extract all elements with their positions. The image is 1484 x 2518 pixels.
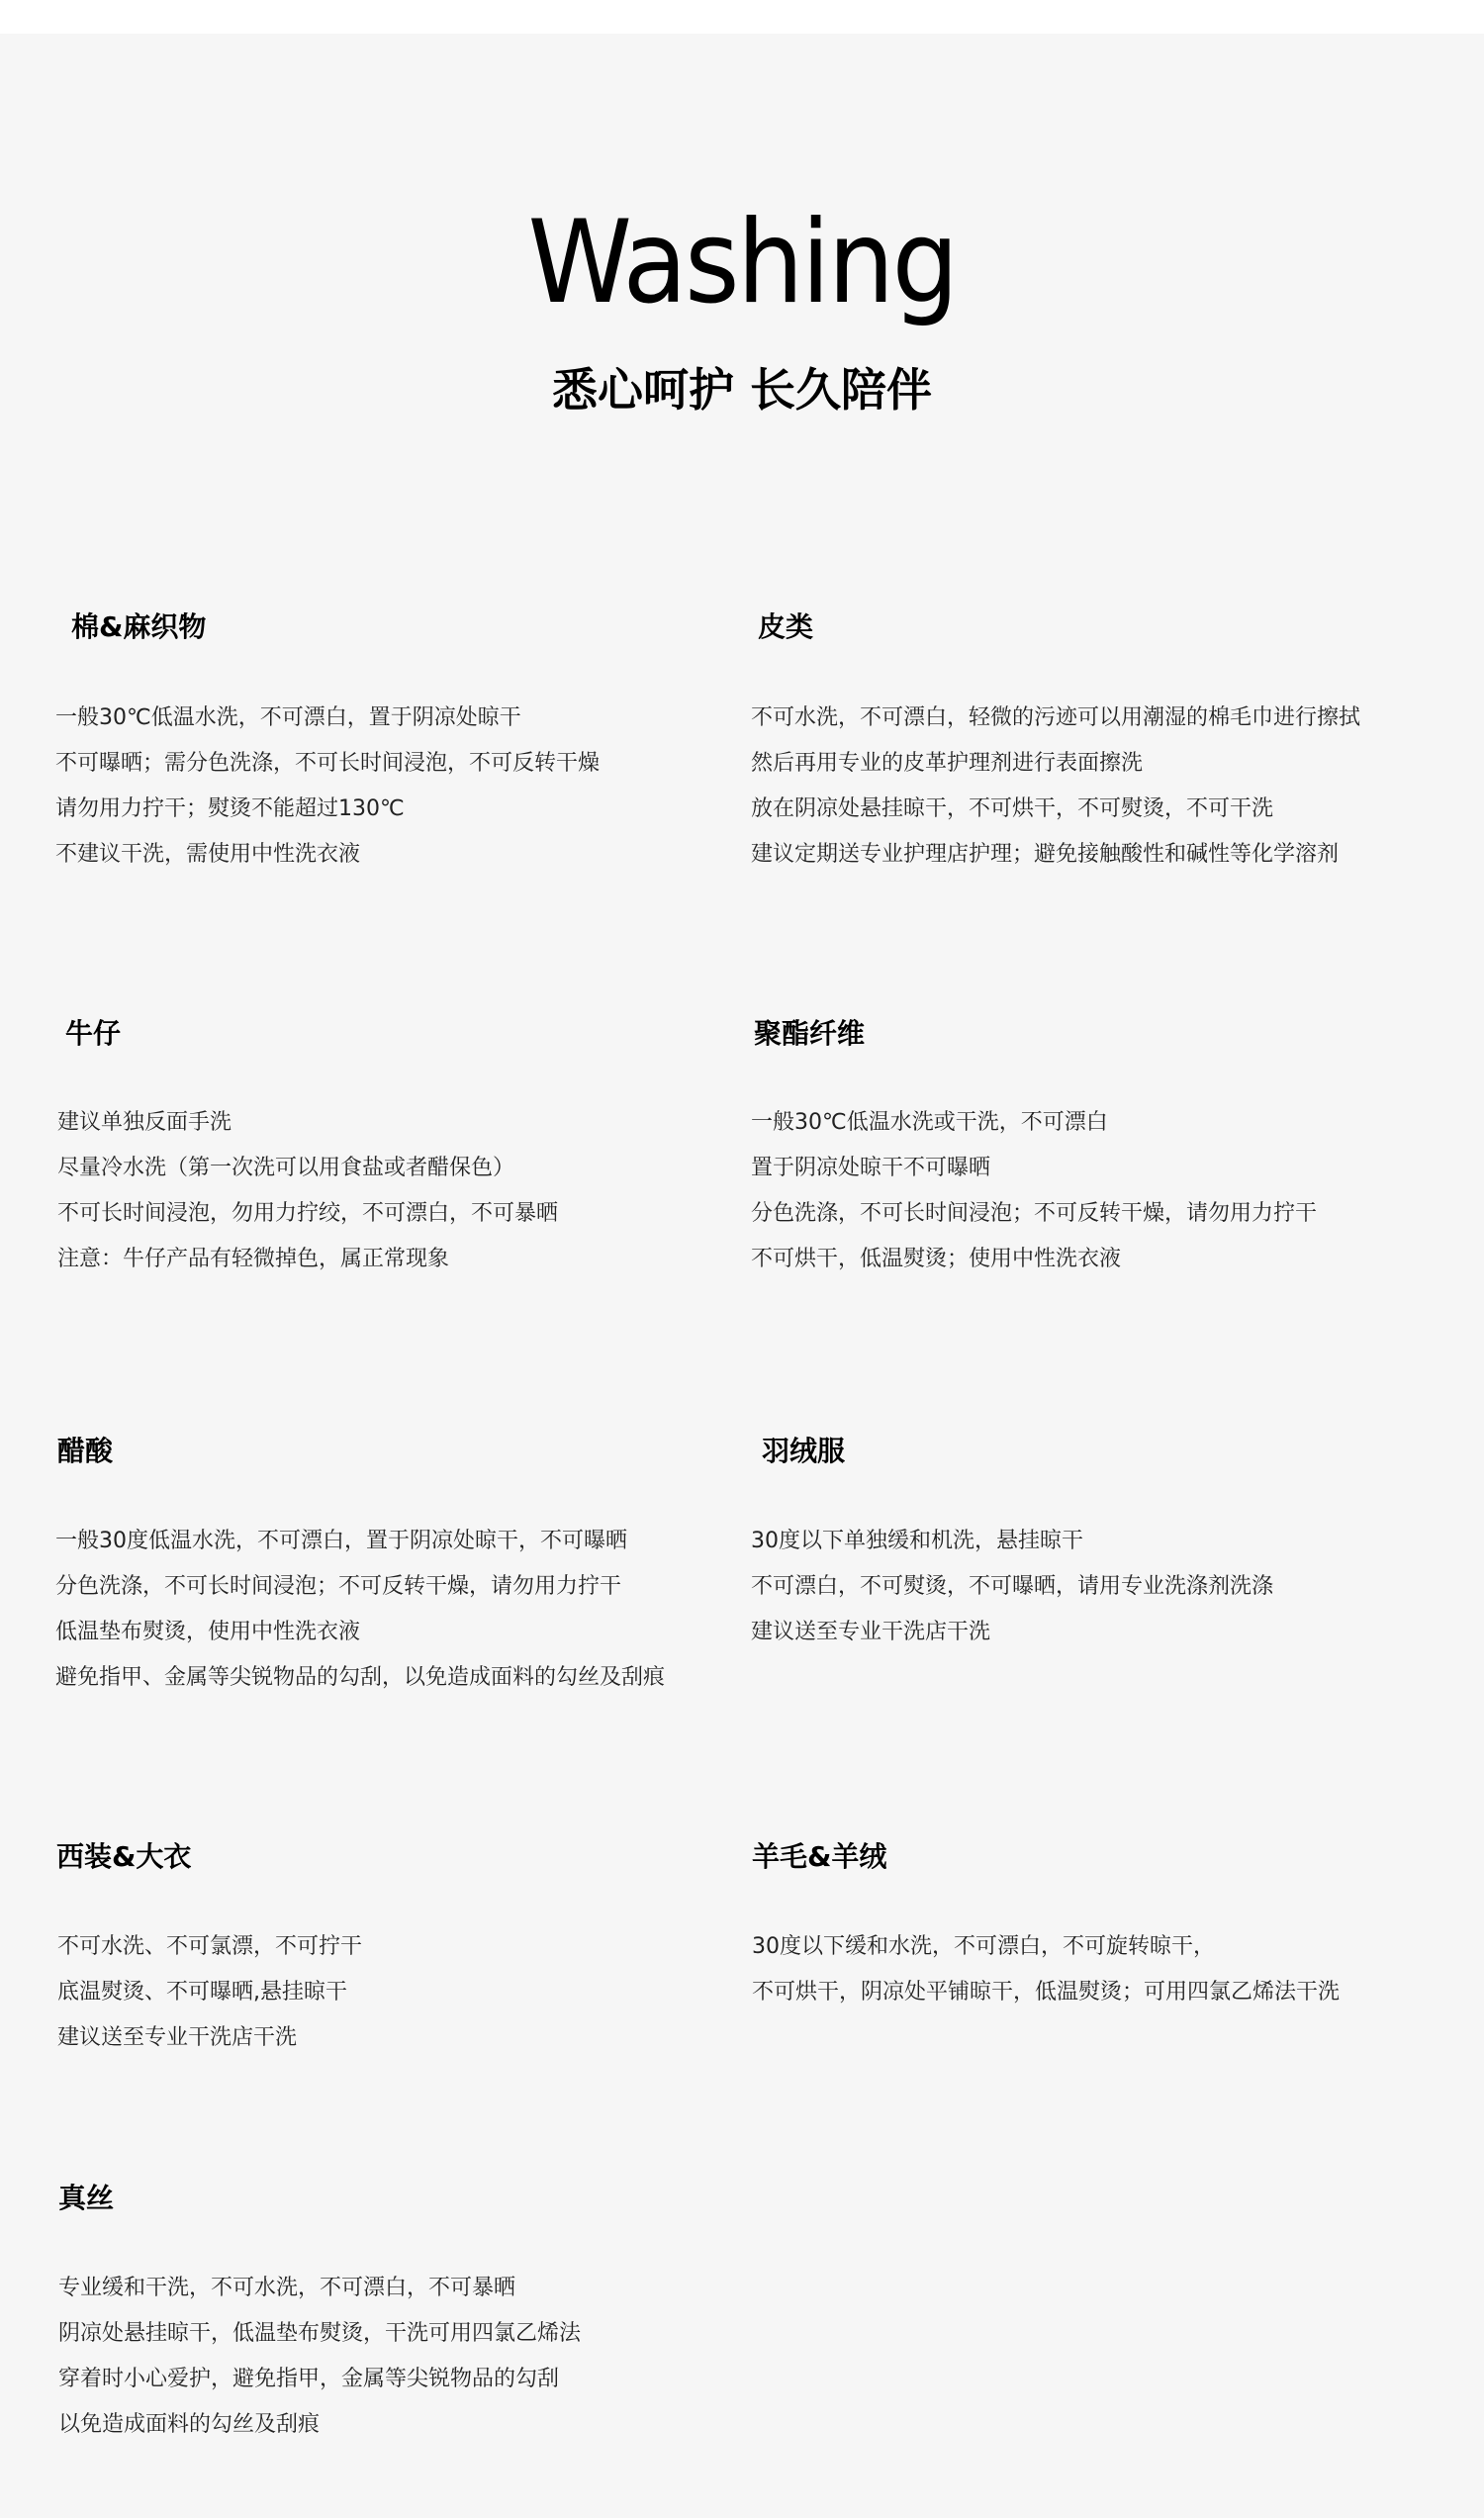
care-instruction: 一般30℃低温水洗或干洗，不可漂白	[751, 1100, 1317, 1146]
care-instruction: 注意：牛仔产品有轻微掉色，属正常现象	[57, 1237, 558, 1282]
care-instruction: 然后再用专业的皮革护理剂进行表面擦洗	[751, 741, 1360, 787]
section-heading: 西装&大衣	[56, 1839, 191, 1875]
section-heading: 真丝	[58, 2181, 114, 2216]
care-instruction: 请勿用力拧干；熨烫不能超过130℃	[55, 787, 600, 832]
section-heading: 羊毛&羊绒	[752, 1839, 886, 1875]
section-heading: 醋酸	[57, 1434, 113, 1469]
care-instruction: 不可曝晒；需分色洗涤，不可长时间浸泡，不可反转干燥	[55, 741, 600, 787]
care-instruction: 分色洗涤，不可长时间浸泡；不可反转干燥，请勿用力拧干	[55, 1564, 665, 1610]
care-instruction: 不建议干洗，需使用中性洗衣液	[55, 832, 600, 878]
care-instruction: 不可水洗、不可氯漂，不可拧干	[57, 1924, 362, 1970]
care-instruction: 避免指甲、金属等尖锐物品的勾刮，以免造成面料的勾丝及刮痕	[55, 1655, 665, 1701]
care-instruction: 建议定期送专业护理店护理；避免接触酸性和碱性等化学溶剂	[751, 832, 1360, 878]
section-heading: 棉&麻织物	[71, 609, 206, 645]
care-instruction: 建议单独反面手洗	[57, 1100, 558, 1146]
care-instruction: 不可漂白，不可熨烫，不可曝晒，请用专业洗涤剂洗涤	[751, 1564, 1273, 1610]
care-instruction: 不可长时间浸泡，勿用力拧绞，不可漂白，不可暴晒	[57, 1191, 558, 1237]
care-instruction: 不可水洗，不可漂白，轻微的污迹可以用潮湿的棉毛巾进行擦拭	[751, 696, 1360, 741]
care-instruction: 以免造成面料的勾丝及刮痕	[58, 2402, 581, 2448]
care-instruction: 阴凉处悬挂晾干，低温垫布熨烫，干洗可用四氯乙烯法	[58, 2311, 581, 2357]
care-instruction: 穿着时小心爱护，避免指甲，金属等尖锐物品的勾刮	[58, 2357, 581, 2402]
care-instruction: 建议送至专业干洗店干洗	[751, 1610, 1273, 1655]
care-instruction: 放在阴凉处悬挂晾干，不可烘干，不可熨烫，不可干洗	[751, 787, 1360, 832]
care-instruction: 不可烘干，阴凉处平铺晾干，低温熨烫；可用四氯乙烯法干洗	[752, 1970, 1340, 2015]
section-heading: 皮类	[758, 609, 813, 645]
care-instruction: 置于阴凉处晾干不可曝晒	[751, 1146, 1317, 1191]
care-instruction: 不可烘干，低温熨烫；使用中性洗衣液	[751, 1237, 1317, 1282]
section-heading: 聚酯纤维	[754, 1016, 865, 1052]
care-instruction: 30度以下缓和水洗，不可漂白，不可旋转晾干，	[752, 1924, 1340, 1970]
care-instruction: 底温熨烫、不可曝晒,悬挂晾干	[57, 1970, 362, 2015]
care-instruction: 尽量冷水洗（第一次洗可以用食盐或者醋保色）	[57, 1146, 558, 1191]
section-heading: 牛仔	[65, 1016, 121, 1052]
care-instruction: 分色洗涤，不可长时间浸泡；不可反转干燥，请勿用力拧干	[751, 1191, 1317, 1237]
care-instruction: 一般30℃低温水洗，不可漂白，置于阴凉处晾干	[55, 696, 600, 741]
page-title: Washing	[59, 194, 1425, 332]
top-bar	[0, 0, 1484, 34]
care-instruction: 建议送至专业干洗店干洗	[57, 2015, 362, 2061]
care-instruction: 专业缓和干洗，不可水洗，不可漂白，不可暴晒	[58, 2266, 581, 2311]
care-instruction: 低温垫布熨烫，使用中性洗衣液	[55, 1610, 665, 1655]
care-instruction: 一般30度低温水洗，不可漂白，置于阴凉处晾干，不可曝晒	[55, 1519, 665, 1564]
section-heading: 羽绒服	[762, 1434, 845, 1469]
page-subtitle: 悉心呵护 长久陪伴	[0, 358, 1484, 421]
care-instruction: 30度以下单独缓和机洗，悬挂晾干	[751, 1519, 1273, 1564]
